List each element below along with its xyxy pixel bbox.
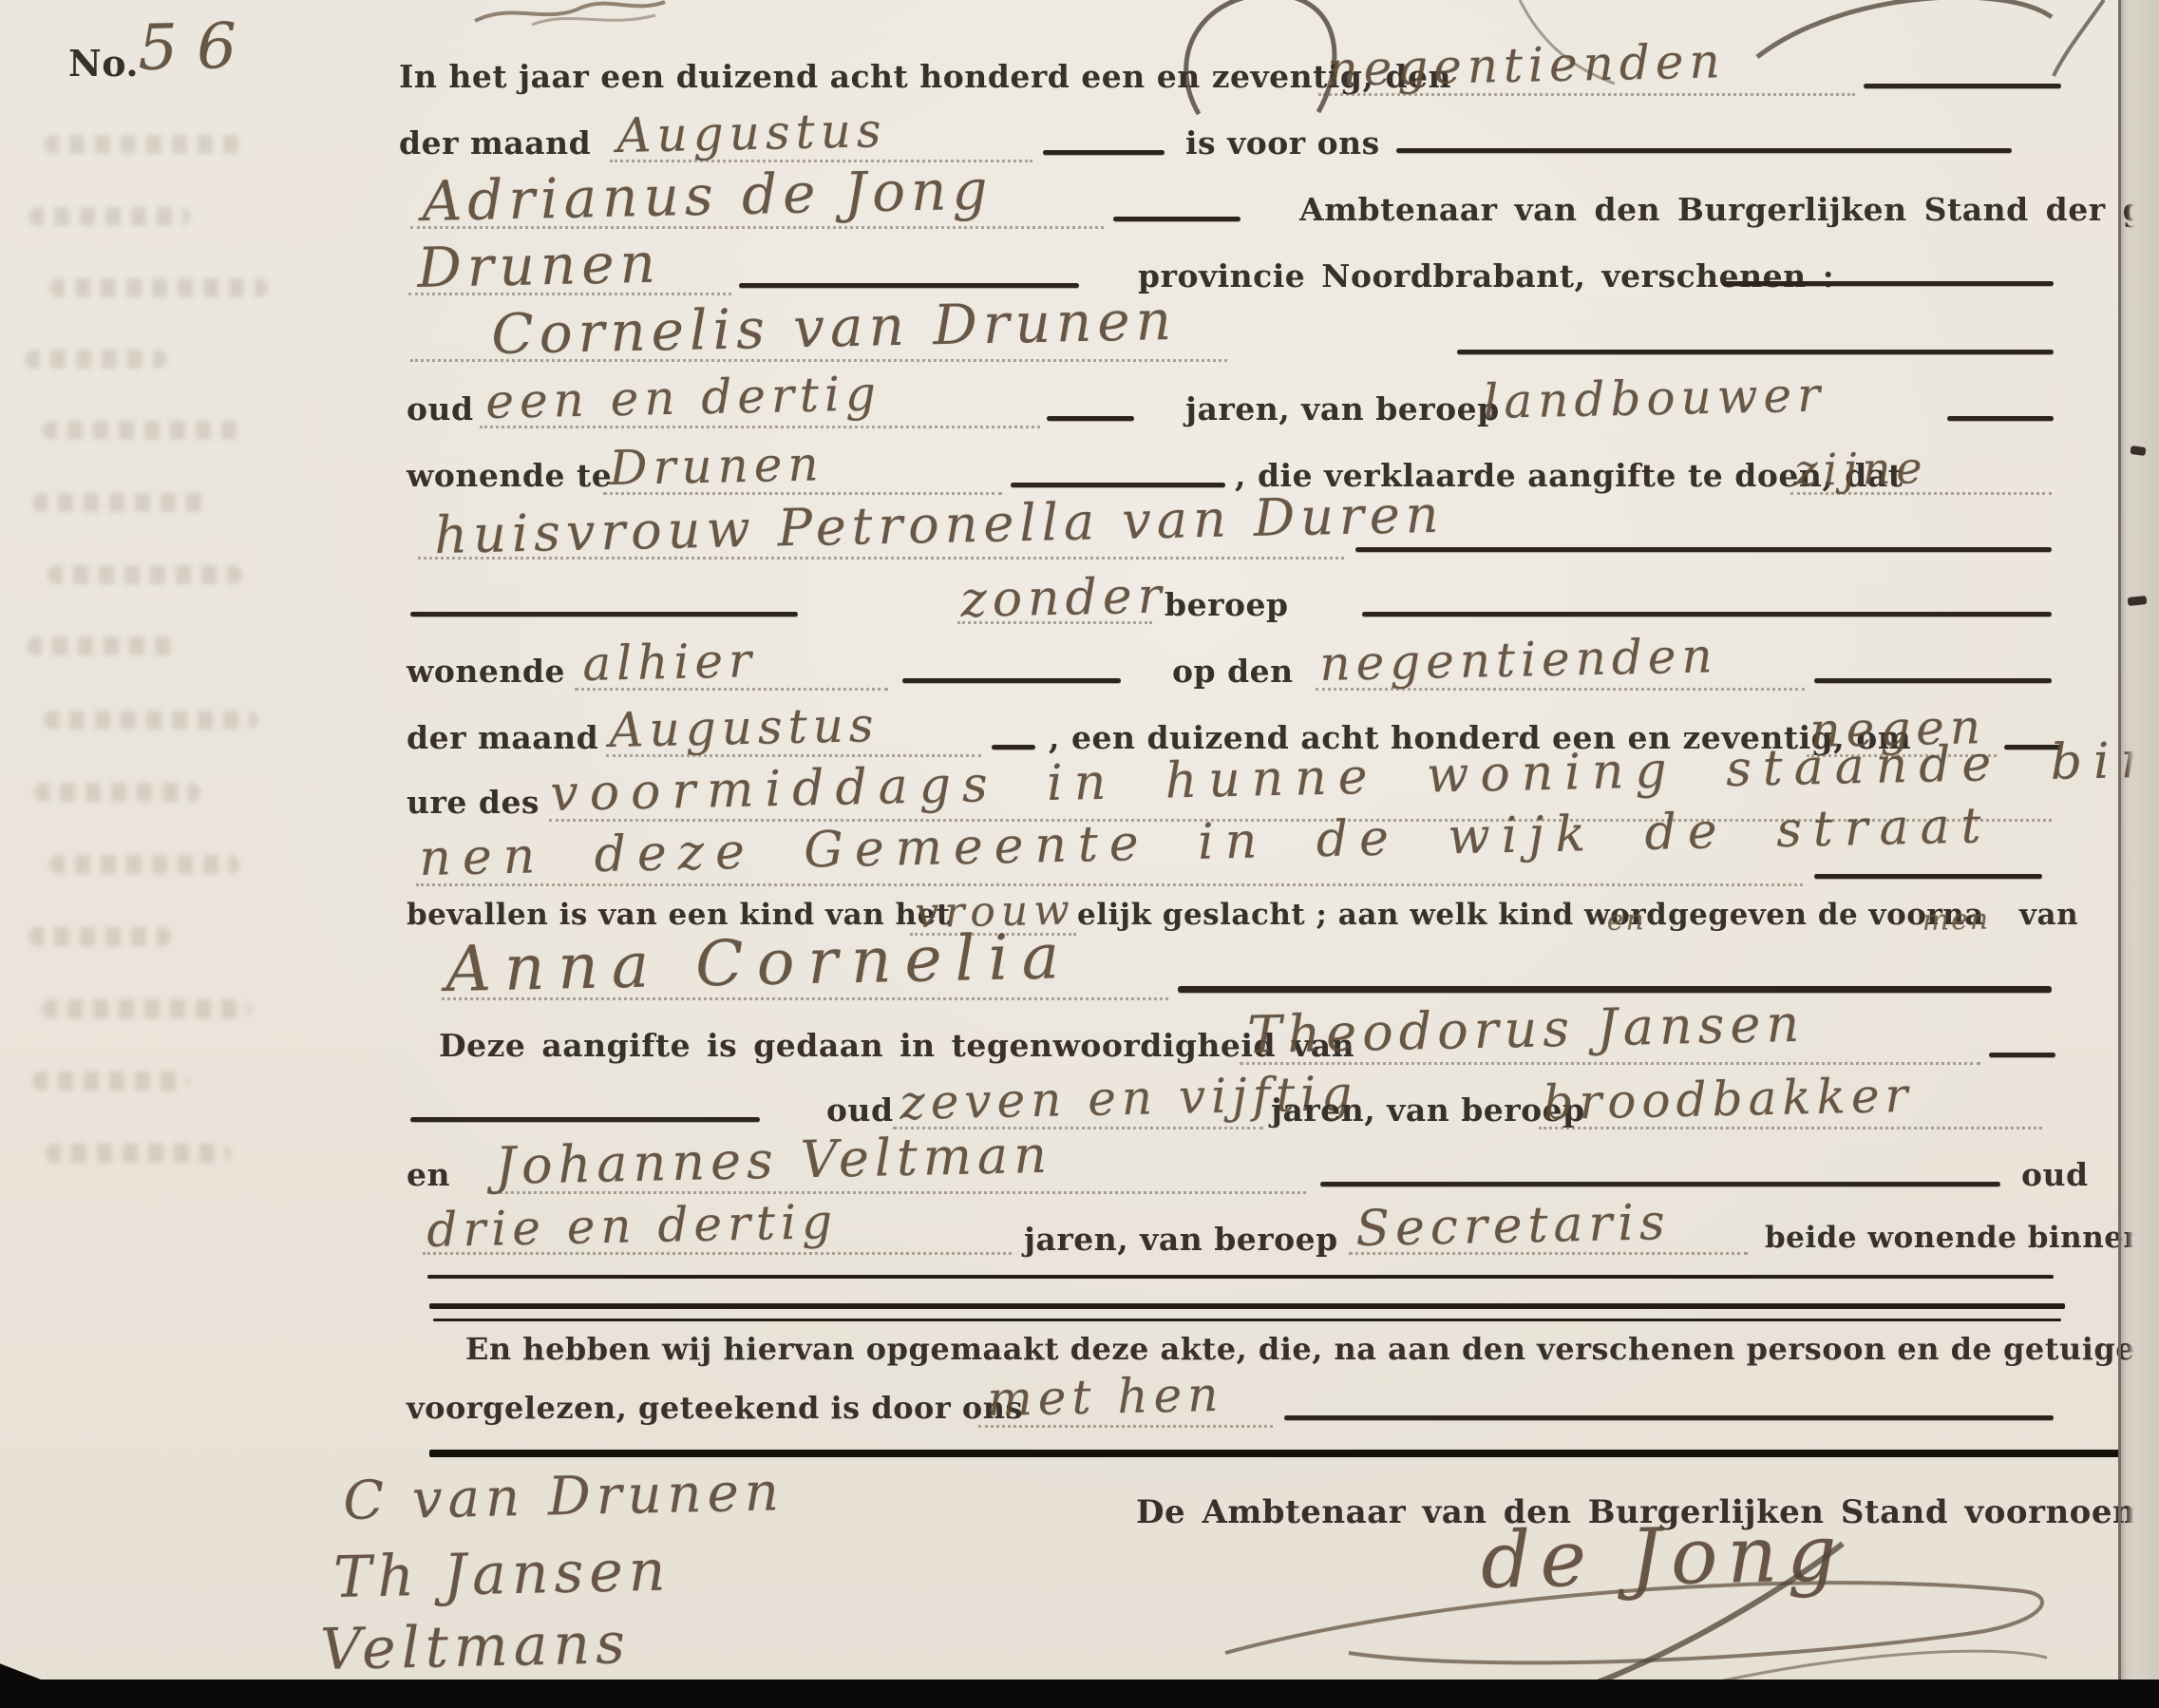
dotted-fill-line	[1539, 1127, 2042, 1129]
printed-oud-witness2: oud	[2021, 1156, 2089, 1193]
separator-rule-double-bottom	[433, 1319, 2061, 1321]
birth-certificate-scan: No. 56 In het jaar een duizend acht hond…	[0, 0, 2159, 1708]
printed-registrar-title: Ambtenaar van den Burgerlijken Stand der…	[1299, 191, 2159, 228]
official-signature-flourish	[1187, 1539, 2090, 1700]
page-edge-strip	[2118, 0, 2159, 1708]
ink-fill-line	[1989, 1053, 2055, 1057]
entry-month: Augustus	[616, 103, 887, 163]
printed-province: provincie Noordbrabant, verschenen :	[1138, 257, 1834, 294]
ink-bleedthrough	[28, 927, 171, 946]
record-number-label: No.	[68, 42, 139, 85]
entry-word-correction-men: men	[1922, 903, 1990, 938]
ink-bleedthrough	[25, 350, 167, 369]
printed-en: en	[407, 1156, 450, 1193]
dotted-fill-line	[1318, 93, 1855, 96]
entry-pronoun: zijne	[1794, 442, 1928, 496]
ink-fill-line	[410, 1117, 760, 1122]
entry-witness2-name: Johannes Veltman	[495, 1125, 1053, 1196]
entry-birth-month: Augustus	[609, 697, 880, 758]
scan-bottom-edge	[0, 1680, 2159, 1708]
ink-bleedthrough	[47, 565, 242, 584]
printed-jaren-beroep: jaren, van beroep	[1185, 390, 1500, 427]
ink-fill-line	[1814, 678, 2052, 683]
dotted-fill-line	[442, 997, 1168, 1000]
dotted-fill-line	[1316, 688, 1805, 691]
ink-fill-line	[1113, 217, 1240, 221]
printed-beide-wonende: beide wonende binnen deze gemeente.	[1765, 1221, 2159, 1255]
ink-fill-line	[1355, 547, 2052, 552]
dotted-fill-line	[978, 1425, 1273, 1428]
printed-beroep: beroep	[1165, 586, 1289, 623]
entry-declarant-name: Cornelis van Drunen	[491, 288, 1178, 367]
printed-geslacht: elijk geslacht ; aan welk kind word	[1077, 898, 1667, 932]
entry-witness2-occupation: Secretaris	[1355, 1194, 1671, 1258]
signature-declarant: C van Drunen	[343, 1461, 786, 1532]
printed-wonende-te: wonende te	[407, 457, 612, 494]
printed-wonende: wonende	[407, 653, 565, 690]
ink-fill-line	[992, 745, 1035, 750]
dotted-fill-line	[410, 359, 1227, 362]
ink-fill-line	[1814, 874, 2042, 879]
printed-year-intro: In het jaar een duizend acht honderd een…	[399, 58, 1451, 95]
ink-fill-line	[410, 612, 798, 617]
printed-oud-witness1: oud	[826, 1091, 894, 1129]
dotted-fill-line	[410, 226, 1104, 229]
dotted-fill-line	[957, 621, 1152, 624]
signature-witness1: Th Jansen	[333, 1538, 672, 1611]
entry-declarant-occupation: landbouwer	[1483, 367, 1827, 429]
ink-fill-line	[1011, 483, 1225, 487]
printed-month-label: der maand	[399, 124, 591, 161]
printed-ure-des: ure des	[407, 784, 540, 821]
printed-jaren-beroep-witness2: jaren, van beroep	[1024, 1221, 1338, 1258]
entry-day-of-month: negentienden	[1327, 33, 1726, 97]
ink-bleedthrough	[28, 207, 190, 226]
printed-op-den: op den	[1172, 653, 1294, 690]
dotted-fill-line	[1240, 1062, 1980, 1065]
entry-mother-residence: alhier	[582, 633, 758, 692]
printed-van: van	[2019, 898, 2078, 932]
separator-rule-heavy	[429, 1450, 2120, 1457]
ink-fill-line	[902, 678, 1121, 683]
entry-declarant-residence: Drunen	[609, 436, 824, 496]
printed-is-voor-ons: is voor ons	[1185, 124, 1380, 161]
ink-bleedthrough	[49, 855, 239, 874]
ink-fill-line	[1047, 416, 1134, 421]
signature-witness2: Veltmans	[320, 1610, 632, 1683]
dotted-fill-line	[575, 688, 888, 691]
ink-fill-line	[1320, 1182, 2000, 1186]
ink-fill-line	[1947, 416, 2054, 421]
entry-child-name: Anna Cornelia	[445, 920, 1072, 1006]
ink-fill-line	[739, 283, 1079, 288]
separator-rule-single	[427, 1275, 2054, 1279]
ink-bleedthrough	[42, 421, 246, 440]
printed-closing-line1: En hebben wij hiervan opgemaakt deze akt…	[465, 1331, 2159, 1367]
entry-birth-day: negentienden	[1319, 628, 1718, 692]
dotted-fill-line	[423, 1252, 1012, 1255]
separator-rule-double-top	[429, 1303, 2065, 1309]
dotted-fill-line	[606, 754, 981, 757]
ink-fill-line	[1723, 281, 2054, 286]
ink-bleedthrough	[27, 636, 179, 655]
entry-witness1-occupation: broodbakker	[1543, 1068, 1914, 1130]
printed-der-maand: der maand	[407, 719, 598, 756]
entry-municipality: Drunen	[417, 231, 662, 300]
entry-witness1-name: Theodorus Jansen	[1247, 994, 1806, 1065]
ink-fill-line	[1457, 350, 2054, 354]
ink-fill-line	[1864, 84, 2061, 88]
entry-registrar-name: Adrianus de Jong	[422, 157, 994, 234]
entry-mother-name: huisvrouw Petronella van Duren	[434, 484, 1445, 565]
ink-bleedthrough	[34, 783, 200, 802]
dotted-fill-line	[1349, 1252, 1748, 1255]
entry-declarant-age: een en dertig	[485, 366, 882, 429]
ink-bleedthrough	[44, 711, 257, 730]
dotted-fill-line	[418, 557, 1344, 560]
dotted-fill-line	[408, 293, 731, 295]
ink-bleedthrough	[46, 1144, 231, 1163]
ink-bleedthrough	[32, 493, 208, 512]
ink-fill-line	[1362, 612, 2052, 617]
dotted-fill-line	[480, 426, 1040, 428]
record-number-value: 56	[137, 9, 256, 85]
ink-fill-line	[1043, 150, 1165, 155]
ink-bleedthrough	[44, 135, 243, 154]
dotted-fill-line	[1790, 492, 2052, 495]
ink-bleedthrough	[49, 278, 268, 297]
entry-signed-with-them: met hen	[987, 1367, 1224, 1427]
entry-witness2-age: drie en dertig	[426, 1194, 839, 1258]
dotted-fill-line	[489, 1191, 1306, 1194]
printed-tegenwoordigheid: Deze aangifte is gedaan in tegenwoordigh…	[439, 1027, 1354, 1064]
dotted-fill-line	[416, 883, 1803, 886]
entry-mother-no-occupation: zonder	[960, 567, 1167, 629]
ink-bleedthrough	[42, 999, 251, 1018]
ink-fill-line	[1284, 1415, 2054, 1420]
ink-bleedthrough	[32, 1072, 189, 1091]
printed-jaren-beroep-witness1: jaren, van beroep	[1271, 1091, 1585, 1129]
printed-oud: oud	[407, 390, 474, 427]
printed-closing-line2: voorgelezen, geteekend is door ons	[407, 1390, 1023, 1426]
ink-fill-line	[1178, 986, 2052, 993]
entry-word-correction-en: en	[1606, 903, 1646, 938]
ink-fill-line	[1396, 148, 2012, 153]
